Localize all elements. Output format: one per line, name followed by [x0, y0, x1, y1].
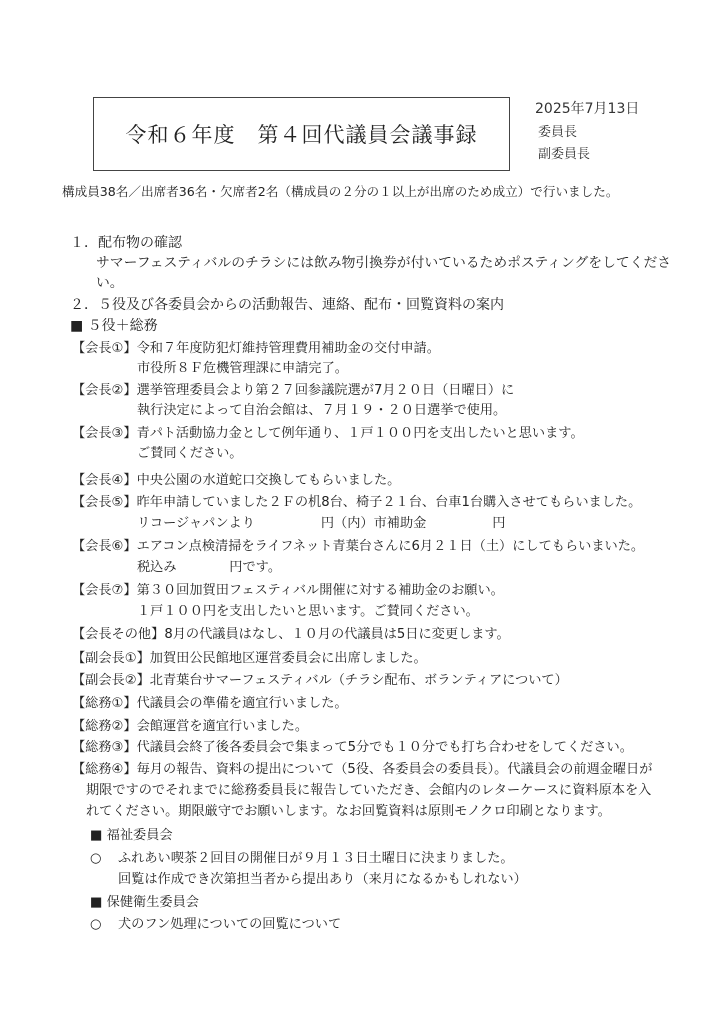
- item-tag: 【会長⑥】: [72, 537, 137, 557]
- item-tag: 【会長⑦】: [72, 581, 137, 601]
- health-heading: ■ 保健衛生委員会: [90, 893, 199, 913]
- circle-bullet-icon: ○: [90, 915, 118, 935]
- item-tag: 【会長その他】: [72, 625, 164, 645]
- item-line: 昨年申請していました２Ｆの机8台、椅子２１台、台車1台購入させてもらいました。: [137, 495, 642, 510]
- attendance-summary: 構成員38名／出席者36名・欠席者2名（構成員の２分の１以上が出席のため成立）で…: [62, 182, 618, 202]
- item-tag: 【会長②】: [72, 381, 137, 401]
- item-line: ふれあい喫茶２回目の開催日が９月１３日土曜日に決まりました。: [118, 851, 514, 866]
- document-title: 令和６年度 第４回代議員会議事録: [93, 97, 510, 171]
- item-line: エアコン点検清掃をライフネット青葉台さんに6月２１日（土）にしてもらいまいた。: [137, 539, 645, 554]
- item-line: 市役所８Ｆ危機管理課に申請完了。: [137, 359, 348, 379]
- officers-heading: ■ ５役＋総務: [70, 316, 158, 336]
- section-1-line: サマーフェスティバルのチラシには飲み物引換券が付いているためポスティングをしてく…: [96, 253, 671, 273]
- item-tag: 【会長①】: [72, 339, 137, 359]
- item-line: 青パト活動協力金として例年通り、１戸１００円を支出したいと思います。: [137, 426, 584, 441]
- item-tag: 【副会長②】: [72, 671, 150, 691]
- item-line: れてください。期限厳守でお願いします。なお回覧資料は原則モノクロ印刷となります。: [86, 802, 611, 822]
- welfare-heading: ■ 福祉委員会: [90, 826, 173, 846]
- item-tag: 【会長④】: [72, 471, 137, 491]
- circle-bullet-icon: ○: [90, 849, 118, 869]
- item-line: 代議員会の準備を適宜行いました。: [137, 696, 348, 711]
- document-date: 2025年7月13日: [535, 98, 639, 118]
- item-line: 会館運営を適宜行いました。: [137, 719, 308, 734]
- role-chair: 委員長: [538, 121, 577, 140]
- item-line: 8月の代議員はなし、１０月の代議員は5日に変更します。: [164, 627, 509, 642]
- item-line: 執行決定によって自治会館は、７月１９・２０日選挙で使用。: [137, 401, 506, 421]
- item-tag: 【総務①】: [72, 694, 137, 714]
- item-line: 回覧は作成でき次第担当者から提出あり（来月になるかもしれない）: [118, 870, 527, 890]
- item-line: 税込み 円です。: [137, 558, 281, 578]
- item-tag: 【総務③】: [72, 738, 137, 758]
- item-tag: 【会長③】: [72, 424, 137, 444]
- item-tag: 【総務②】: [72, 717, 137, 737]
- item-tag: 【会長⑤】: [72, 493, 137, 513]
- role-vice-chair: 副委員長: [538, 143, 590, 162]
- item-line: 令和７年度防犯灯維持管理費用補助金の交付申請。: [137, 341, 440, 356]
- item-line: リコージャパンより 円（内）市補助金 円: [137, 514, 505, 534]
- item-line: １戸１００円を支出したいと思います。ご賛同ください。: [137, 602, 479, 622]
- item-line: 中央公園の水道蛇口交換してもらいました。: [137, 473, 401, 488]
- section-1-line: い。: [96, 273, 124, 293]
- item-line: 選挙管理委員会より第２７回参議院選が7月２０日（日曜日）に: [137, 383, 515, 398]
- item-line: 期限ですのでそれまでに総務委員長に報告していただき、会館内のレターケースに資料原…: [86, 781, 651, 801]
- item-line: 代議員会終了後各委員会で集まって5分でも１０分でも打ち合わせをしてください。: [137, 740, 633, 755]
- item-line: 犬のフン処理についての回覧について: [118, 917, 341, 932]
- item-line: 毎月の報告、資料の提出について（5役、各委員会の委員長）。代議員会の前週金曜日が: [137, 762, 653, 777]
- item-line: 北青葉台サマーフェスティバル（チラシ配布、ボランティアについて）: [150, 673, 568, 688]
- section-1-heading: １．配布物の確認: [70, 233, 182, 253]
- item-line: ご賛同ください。: [137, 444, 243, 464]
- item-tag: 【総務④】: [72, 760, 137, 780]
- item-tag: 【副会長①】: [72, 649, 150, 669]
- item-line: 第３０回加賀田フェスティバル開催に対する補助金のお願い。: [137, 583, 504, 598]
- title-text: 令和６年度 第４回代議員会議事録: [126, 119, 478, 149]
- section-2-heading: ２．５役及び各委員会からの活動報告、連絡、配布・回覧資料の案内: [70, 295, 504, 315]
- item-line: 加賀田公民館地区運営委員会に出席しました。: [150, 651, 427, 666]
